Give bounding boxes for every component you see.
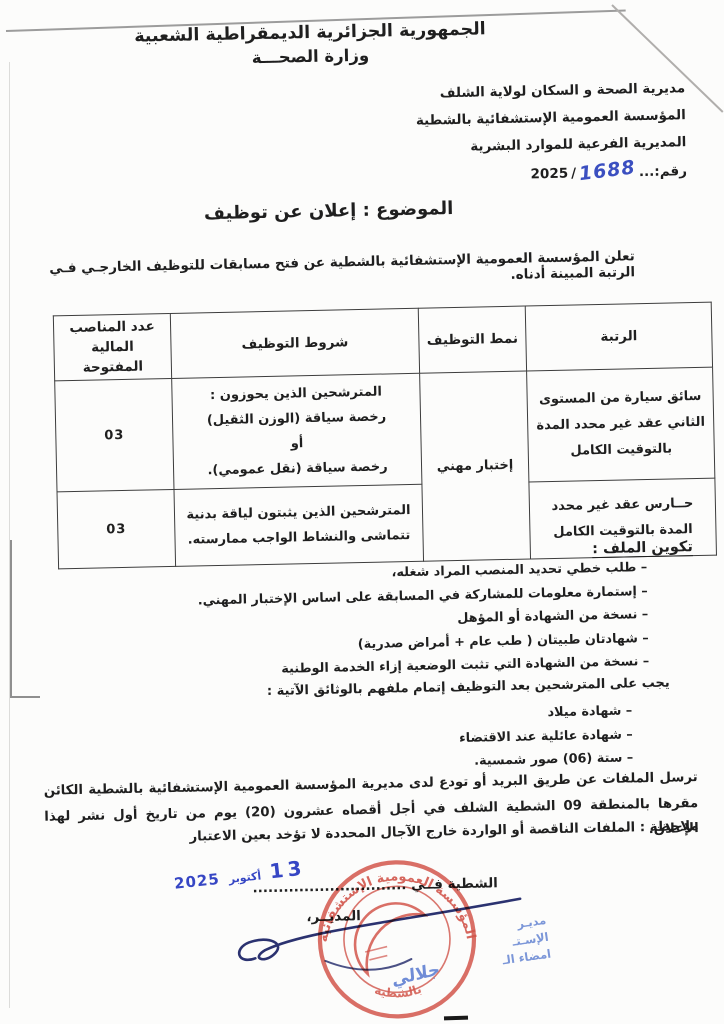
header-positions: عدد المناصب المالية المفتوحة (53, 313, 171, 380)
header-positions-line1: عدد المناصب (60, 316, 164, 338)
row2-conditions: المترشحين الذين يثبتون لياقة بدنية تتماش… (174, 484, 424, 566)
file-items-list: – طلب خطي تحديد المنصب المراد شغله، – إس… (61, 556, 649, 686)
row1-conditions: المترشحين الذين يحوزون : رخصة سياقة (الو… (172, 373, 422, 489)
row1-rank: سائق سيارة من المستوى الثاني عقد غير محد… (527, 367, 715, 482)
pen-signature (224, 886, 536, 987)
table-row: سائق سيارة من المستوى الثاني عقد غير محد… (55, 367, 715, 492)
date-stamp-year: 2025 (173, 870, 220, 893)
row1-conditions-lines: المترشحين الذين يحوزون : رخصة سياقة (الو… (178, 379, 415, 484)
ref-prefix: رقم:... (639, 158, 688, 186)
sub-directorate-line: المديرية الفرعية للموارد البشرية (416, 129, 686, 162)
submission-paragraph: ترسل الملفات عن طريق البريد أو تودع لدى … (44, 765, 699, 855)
row1-positions: 03 (55, 378, 174, 491)
condition-line: رخصة سياقة (نقل عمومي). (180, 454, 415, 484)
mode-shared-cell: إختبار مهني (420, 371, 531, 561)
reference-number-line: رقم:... 1688 / 2025 (417, 156, 688, 191)
subject-line: الموضوع : إعلان عن توظيف (134, 197, 524, 226)
header-positions-line2: المالية المفتوحة (60, 336, 165, 378)
row2-conditions-lines: المترشحين الذين يثبتون لياقة بدنية تتماش… (181, 498, 417, 553)
organization-block: مديرية الصحة و السكان لولاية الشلف المؤس… (415, 75, 687, 191)
row2-positions: 03 (57, 489, 176, 568)
file-section-title: تكوين الملف : (592, 539, 693, 557)
national-header: الجمهورية الجزائرية الديمقراطية الشعبية … (100, 19, 521, 71)
ministry-title: وزارة الصحـــة (100, 43, 520, 71)
signature-stroke-secondary (325, 959, 411, 971)
condition-line: المترشحين الذين يثبتون لياقة بدنية تتماش… (181, 498, 417, 553)
header-conditions: شروط التوظيف (170, 308, 419, 378)
signature-stroke-main (238, 899, 521, 960)
document-content: الجمهورية الجزائرية الديمقراطية الشعبية … (0, 0, 724, 1024)
intro-paragraph: تعلن المؤسسة العمومية الإستشفائية بالشطي… (25, 248, 636, 293)
condition-line: رخصة سياقة (الوزن الثقيل) (179, 404, 414, 434)
ref-year: 2025 (530, 161, 568, 189)
ref-handwritten-number: 1688 (578, 154, 638, 188)
header-mode: نمط التوظيف (418, 306, 526, 373)
header-rank: الرتبة (525, 302, 712, 371)
ref-separator: / (571, 160, 577, 187)
recruitment-table: الرتبة نمط التوظيف شروط التوظيف عدد المن… (53, 302, 717, 570)
scanned-document-page: الجمهورية الجزائرية الديمقراطية الشعبية … (0, 0, 724, 1024)
